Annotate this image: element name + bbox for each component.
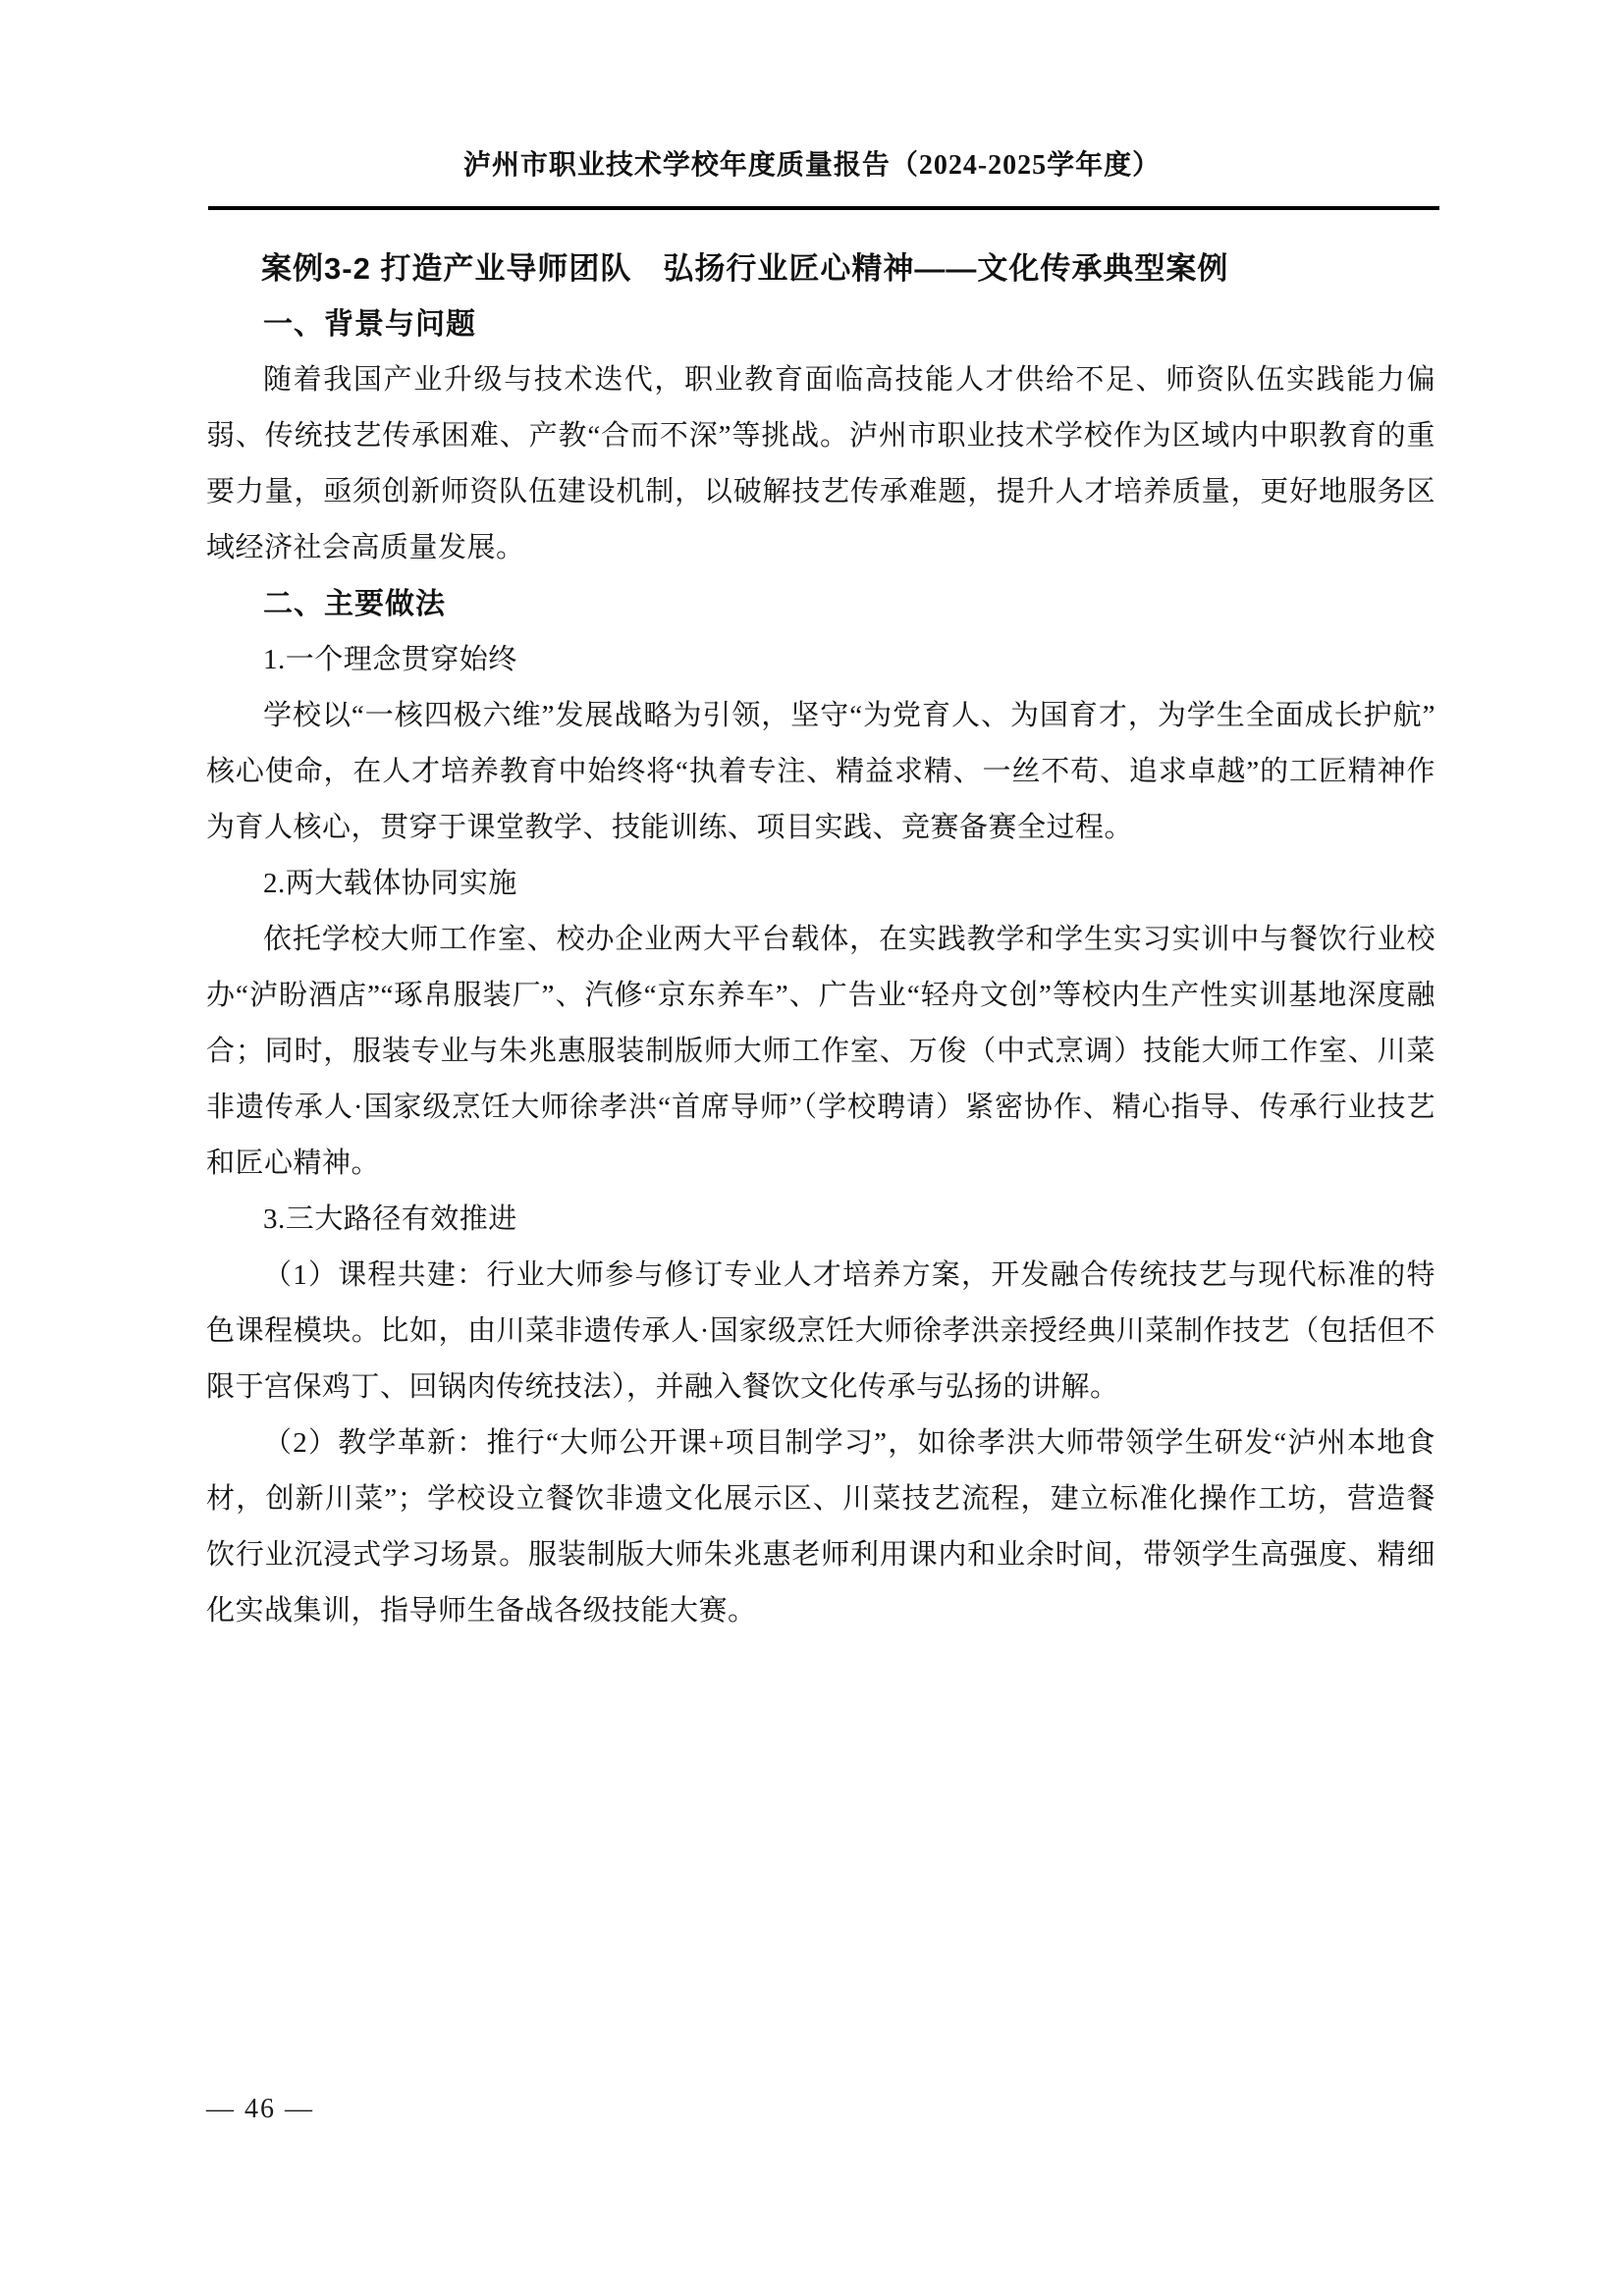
- section-1-heading: 一、背景与问题: [206, 296, 1435, 352]
- method-1-heading: 1.一个理念贯穿始终: [206, 632, 1435, 688]
- page-number: — 46 —: [206, 2091, 314, 2128]
- method-2-paragraph: 依托学校大师工作室、校办企业两大平台载体，在实践教学和学生实习实训中与餐饮行业校…: [206, 912, 1435, 1192]
- section-2-heading: 二、主要做法: [206, 576, 1435, 632]
- method-2-heading: 2.两大载体协同实施: [206, 856, 1435, 912]
- report-header-title: 泸州市职业技术学校年度质量报告（2024-2025学年度）: [0, 146, 1624, 186]
- method-3-paragraph-1: （1）课程共建：行业大师参与修订专业人才培养方案，开发融合传统技艺与现代标准的特…: [206, 1248, 1435, 1415]
- case-title: 案例3-2 打造产业导师团队 弘扬行业匠心精神——文化传承典型案例: [206, 240, 1435, 296]
- content-area: 案例3-2 打造产业导师团队 弘扬行业匠心精神——文化传承典型案例 一、背景与问…: [206, 240, 1435, 1639]
- section-1-paragraph: 随着我国产业升级与技术迭代，职业教育面临高技能人才供给不足、师资队伍实践能力偏弱…: [206, 352, 1435, 576]
- method-3-heading: 3.三大路径有效推进: [206, 1192, 1435, 1248]
- method-1-paragraph: 学校以“一核四极六维”发展战略为引领，坚守“为党育人、为国育才，为学生全面成长护…: [206, 688, 1435, 856]
- method-3-paragraph-2: （2）教学革新：推行“大师公开课+项目制学习”，如徐孝洪大师带领学生研发“泸州本…: [206, 1415, 1435, 1639]
- header-divider: [208, 206, 1439, 210]
- report-page: 泸州市职业技术学校年度质量报告（2024-2025学年度） 案例3-2 打造产业…: [0, 0, 1624, 2296]
